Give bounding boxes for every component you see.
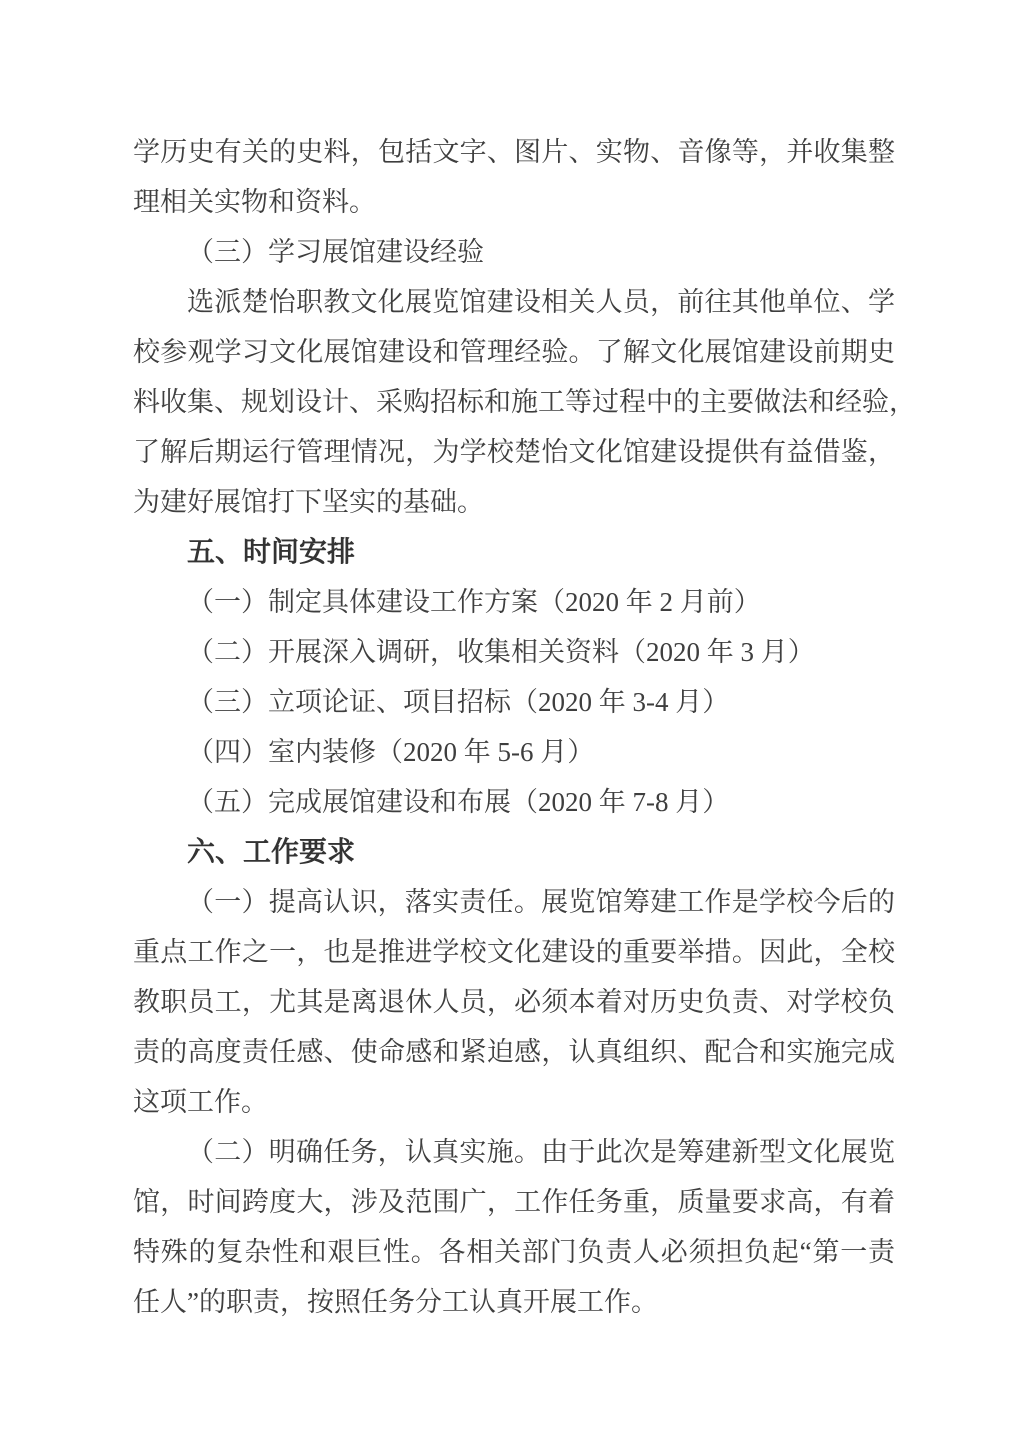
text-line: 这项工作。 [133,1077,895,1127]
section-heading-time: 五、时间安排 [133,527,895,577]
text-line: 特殊的复杂性和艰巨性。各相关部门负责人必须担负起“第一责 [133,1227,895,1277]
text-line: 了解后期运行管理情况，为学校楚怡文化馆建设提供有益借鉴， [133,427,895,477]
text-line: 料收集、规划设计、采购招标和施工等过程中的主要做法和经验， [133,377,895,427]
schedule-item: （三）立项论证、项目招标（2020 年 3-4 月） [133,677,895,727]
text-line: 教职员工，尤其是离退休人员，必须本着对历史负责、对学校负 [133,977,895,1027]
text-line: 任人”的职责，按照任务分工认真开展工作。 [133,1277,895,1327]
schedule-item: （四）室内装修（2020 年 5-6 月） [133,727,895,777]
schedule-item: （一）制定具体建设工作方案（2020 年 2 月前） [133,577,895,627]
text-line: 校参观学习文化展馆建设和管理经验。了解文化展馆建设前期史 [133,327,895,377]
text-line: 学历史有关的史料，包括文字、图片、实物、音像等，并收集整 [133,127,895,177]
text-line: 为建好展馆打下坚实的基础。 [133,477,895,527]
text-line: （一）提高认识，落实责任。展览馆筹建工作是学校今后的 [133,877,895,927]
text-line: 选派楚怡职教文化展览馆建设相关人员，前往其他单位、学 [133,277,895,327]
text-line: 责的高度责任感、使命感和紧迫感，认真组织、配合和实施完成 [133,1027,895,1077]
document-page: 学历史有关的史料，包括文字、图片、实物、音像等，并收集整 理相关实物和资料。 （… [0,0,1024,1448]
schedule-item: （五）完成展馆建设和布展（2020 年 7-8 月） [133,777,895,827]
text-line: 理相关实物和资料。 [133,177,895,227]
text-line: 馆，时间跨度大，涉及范围广，工作任务重，质量要求高，有着 [133,1177,895,1227]
text-line: （二）明确任务，认真实施。由于此次是筹建新型文化展览 [133,1127,895,1177]
schedule-item: （二）开展深入调研，收集相关资料（2020 年 3 月） [133,627,895,677]
section-heading-work: 六、工作要求 [133,827,895,877]
text-line: 重点工作之一，也是推进学校文化建设的重要举措。因此，全校 [133,927,895,977]
subsection-title: （三）学习展馆建设经验 [133,227,895,277]
document-body: 学历史有关的史料，包括文字、图片、实物、音像等，并收集整 理相关实物和资料。 （… [133,127,895,1327]
